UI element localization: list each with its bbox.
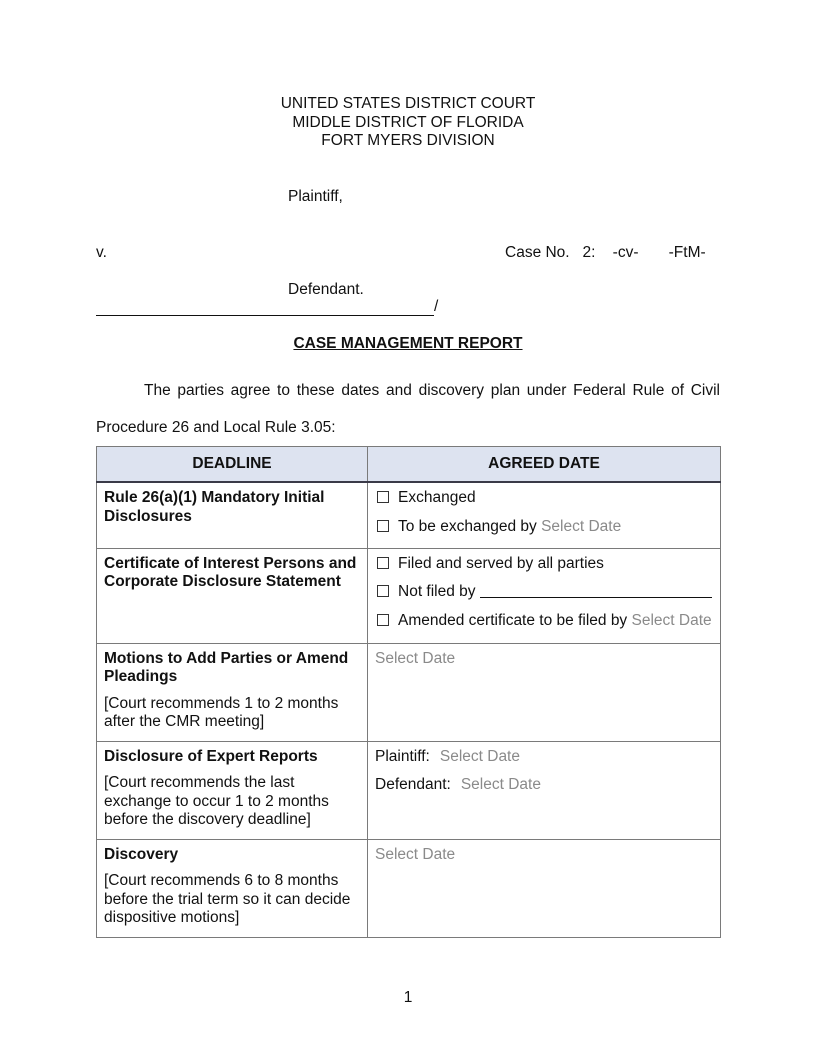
checkbox-icon[interactable]	[377, 614, 389, 626]
option-filed-served[interactable]: Filed and served by all parties	[375, 555, 713, 574]
option-to-be-exchanged[interactable]: To be exchanged by Select Date	[375, 518, 713, 537]
deadline-table: DEADLINE AGREED DATE Rule 26(a)(1) Manda…	[96, 446, 721, 938]
row-title: Motions to Add Parties or Amend Pleading…	[104, 650, 360, 687]
deadline-cell: Discovery [Court recommends 6 to 8 month…	[97, 839, 368, 937]
header-deadline: DEADLINE	[97, 447, 368, 483]
page-number: 1	[0, 989, 816, 1007]
defendant-date-line: Defendant:Select Date	[375, 776, 713, 795]
versus-label: v.	[96, 244, 107, 262]
table-row: Disclosure of Expert Reports [Court reco…	[97, 741, 721, 839]
agreed-date-cell: Select Date	[368, 839, 721, 937]
date-picker[interactable]: Select Date	[375, 650, 455, 667]
option-amended-certificate[interactable]: Amended certificate to be filed by Selec…	[375, 612, 713, 631]
row-note: [Court recommends 1 to 2 months after th…	[104, 695, 360, 732]
deadline-cell: Motions to Add Parties or Amend Pleading…	[97, 643, 368, 741]
date-picker[interactable]: Select Date	[632, 612, 712, 629]
row-note: [Court recommends the last exchange to o…	[104, 774, 360, 830]
table-row: Certificate of Interest Persons and Corp…	[97, 548, 721, 643]
defendant-label: Defendant.	[288, 281, 364, 299]
table-header-row: DEADLINE AGREED DATE	[97, 447, 721, 483]
defendant-date-label: Defendant:	[375, 776, 451, 793]
deadline-cell: Rule 26(a)(1) Mandatory Initial Disclosu…	[97, 482, 368, 548]
checkbox-icon[interactable]	[377, 491, 389, 503]
row-title: Certificate of Interest Persons and Corp…	[104, 555, 360, 592]
date-picker[interactable]: Select Date	[541, 518, 621, 535]
intro-paragraph: The parties agree to these dates and dis…	[96, 372, 720, 446]
court-header: UNITED STATES DISTRICT COURT MIDDLE DIST…	[0, 95, 816, 151]
case-number[interactable]: Case No. 2: -cv- -FtM-	[505, 244, 706, 262]
option-not-filed[interactable]: Not filed by	[375, 583, 713, 602]
not-filed-by-field[interactable]	[480, 583, 712, 598]
checkbox-icon[interactable]	[377, 557, 389, 569]
agreed-date-cell: Select Date	[368, 643, 721, 741]
agreed-date-cell: Filed and served by all parties Not file…	[368, 548, 721, 643]
table-row: Rule 26(a)(1) Mandatory Initial Disclosu…	[97, 482, 721, 548]
plaintiff-date-label: Plaintiff:	[375, 748, 430, 765]
row-title: Discovery	[104, 846, 360, 865]
checkbox-icon[interactable]	[377, 585, 389, 597]
agreed-date-cell: Plaintiff:Select Date Defendant:Select D…	[368, 741, 721, 839]
deadline-cell: Certificate of Interest Persons and Corp…	[97, 548, 368, 643]
table-row: Motions to Add Parties or Amend Pleading…	[97, 643, 721, 741]
date-picker[interactable]: Select Date	[375, 846, 455, 863]
plaintiff-label: Plaintiff,	[288, 188, 343, 206]
deadline-cell: Disclosure of Expert Reports [Court reco…	[97, 741, 368, 839]
court-district: MIDDLE DISTRICT OF FLORIDA	[0, 114, 816, 133]
header-agreed-date: AGREED DATE	[368, 447, 721, 483]
report-title: CASE MANAGEMENT REPORT	[0, 335, 816, 353]
row-note: [Court recommends 6 to 8 months before t…	[104, 872, 360, 928]
table-row: Discovery [Court recommends 6 to 8 month…	[97, 839, 721, 937]
plaintiff-date-picker[interactable]: Select Date	[440, 748, 520, 765]
court-division: FORT MYERS DIVISION	[0, 132, 816, 151]
row-title: Disclosure of Expert Reports	[104, 748, 360, 767]
checkbox-icon[interactable]	[377, 520, 389, 532]
defendant-date-picker[interactable]: Select Date	[461, 776, 541, 793]
caption-slash: /	[434, 298, 438, 316]
caption-line	[96, 298, 434, 316]
option-exchanged[interactable]: Exchanged	[375, 489, 713, 508]
plaintiff-date-line: Plaintiff:Select Date	[375, 748, 713, 767]
court-name: UNITED STATES DISTRICT COURT	[0, 95, 816, 114]
row-title: Rule 26(a)(1) Mandatory Initial Disclosu…	[104, 489, 360, 526]
agreed-date-cell: Exchanged To be exchanged by Select Date	[368, 482, 721, 548]
